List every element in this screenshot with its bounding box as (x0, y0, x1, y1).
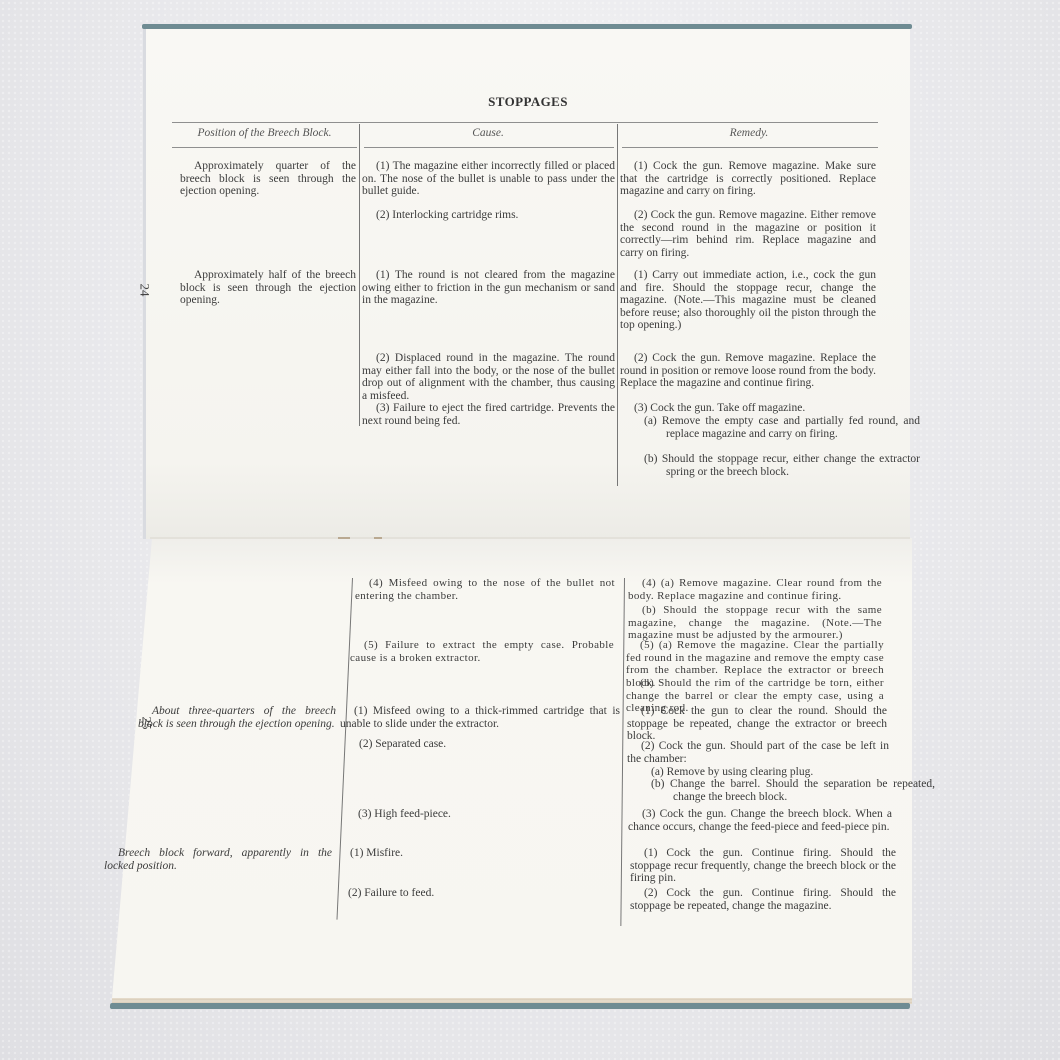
staple-mark (374, 537, 382, 539)
column-divider-1 (359, 124, 360, 426)
column-divider-2 (617, 124, 618, 486)
row1-remedy-1: (1) Cock the gun. Remove magazine. Make … (620, 160, 876, 198)
row3-remedy-2: (2) Cock the gun. Should part of the cas… (627, 740, 889, 765)
header-rule-top (172, 122, 878, 123)
row3-remedy-3: (3) Cock the gun. Change the breech bloc… (628, 808, 892, 833)
header-remedy: Remedy. (620, 127, 878, 139)
page-number-24: 24 (137, 284, 153, 297)
row2-remedy-3a: (a) Remove the empty case and partially … (620, 415, 920, 440)
row3-remedy-2b: (b) Change the barrel. Should the separa… (627, 778, 935, 803)
row3-cause-2: (2) Separated case. (345, 738, 615, 751)
row1-position: Approximately quarter of the breech bloc… (180, 160, 356, 198)
row3-remedy-1: (1) Cock the gun to clear the round. Sho… (627, 705, 887, 743)
table-title: STOPPAGES (146, 94, 910, 110)
header-rule-bottom-2 (364, 147, 614, 148)
header-rule-bottom-3 (622, 147, 878, 148)
book-cover-edge-bottom (110, 1003, 910, 1009)
cont-remedy-4a: (4) (a) Remove magazine. Clear round fro… (628, 577, 882, 602)
row2-remedy-3b: (b) Should the stoppage recur, either ch… (620, 453, 920, 478)
row2-position: Approximately half of the breech block i… (180, 269, 356, 307)
row4-position: Breech block forward, apparently in the … (104, 847, 332, 872)
row1-cause-2: (2) Interlocking cartridge rims. (362, 209, 615, 222)
row3-position: About three-quarters of the breech block… (138, 705, 336, 730)
header-position: Position of the Breech Block. (172, 127, 357, 139)
cont-cause-4: (4) Misfeed owing to the nose of the bul… (355, 577, 615, 602)
row4-remedy-1: (1) Cock the gun. Continue firing. Shoul… (630, 847, 896, 885)
cont-cause-5: (5) Failure to extract the empty case. P… (350, 639, 614, 664)
row4-remedy-2: (2) Cock the gun. Continue firing. Shoul… (630, 887, 896, 912)
cont-remedy-4b: (b) Should the stoppage recur with the s… (628, 604, 882, 642)
staple-mark (338, 537, 350, 539)
row3-cause-1: (1) Misfeed owing to a thick-rimmed cart… (340, 705, 620, 730)
page-fold (150, 537, 910, 539)
row3-cause-3: (3) High feed-piece. (344, 808, 614, 821)
row1-remedy-2: (2) Cock the gun. Remove magazine. Eithe… (620, 209, 876, 259)
row4-cause-1: (1) Misfire. (336, 847, 606, 860)
row4-cause-2: (2) Failure to feed. (334, 887, 604, 900)
header-rule-bottom-1 (172, 147, 357, 148)
row1-cause-1: (1) The magazine either incorrectly fill… (362, 160, 615, 198)
row2-remedy-2: (2) Cock the gun. Remove magazine. Repla… (620, 352, 876, 390)
row2-remedy-3: (3) Cock the gun. Take off magazine. (620, 402, 876, 415)
row2-cause-3: (3) Failure to eject the fired cartridge… (362, 402, 615, 427)
row2-cause-1: (1) The round is not cleared from the ma… (362, 269, 615, 307)
row2-cause-2: (2) Displaced round in the magazine. The… (362, 352, 615, 402)
row3-remedy-2a: (a) Remove by using clearing plug. (627, 766, 935, 779)
header-cause: Cause. (360, 127, 616, 139)
row2-remedy-1: (1) Carry out immediate action, i.e., co… (620, 269, 876, 332)
